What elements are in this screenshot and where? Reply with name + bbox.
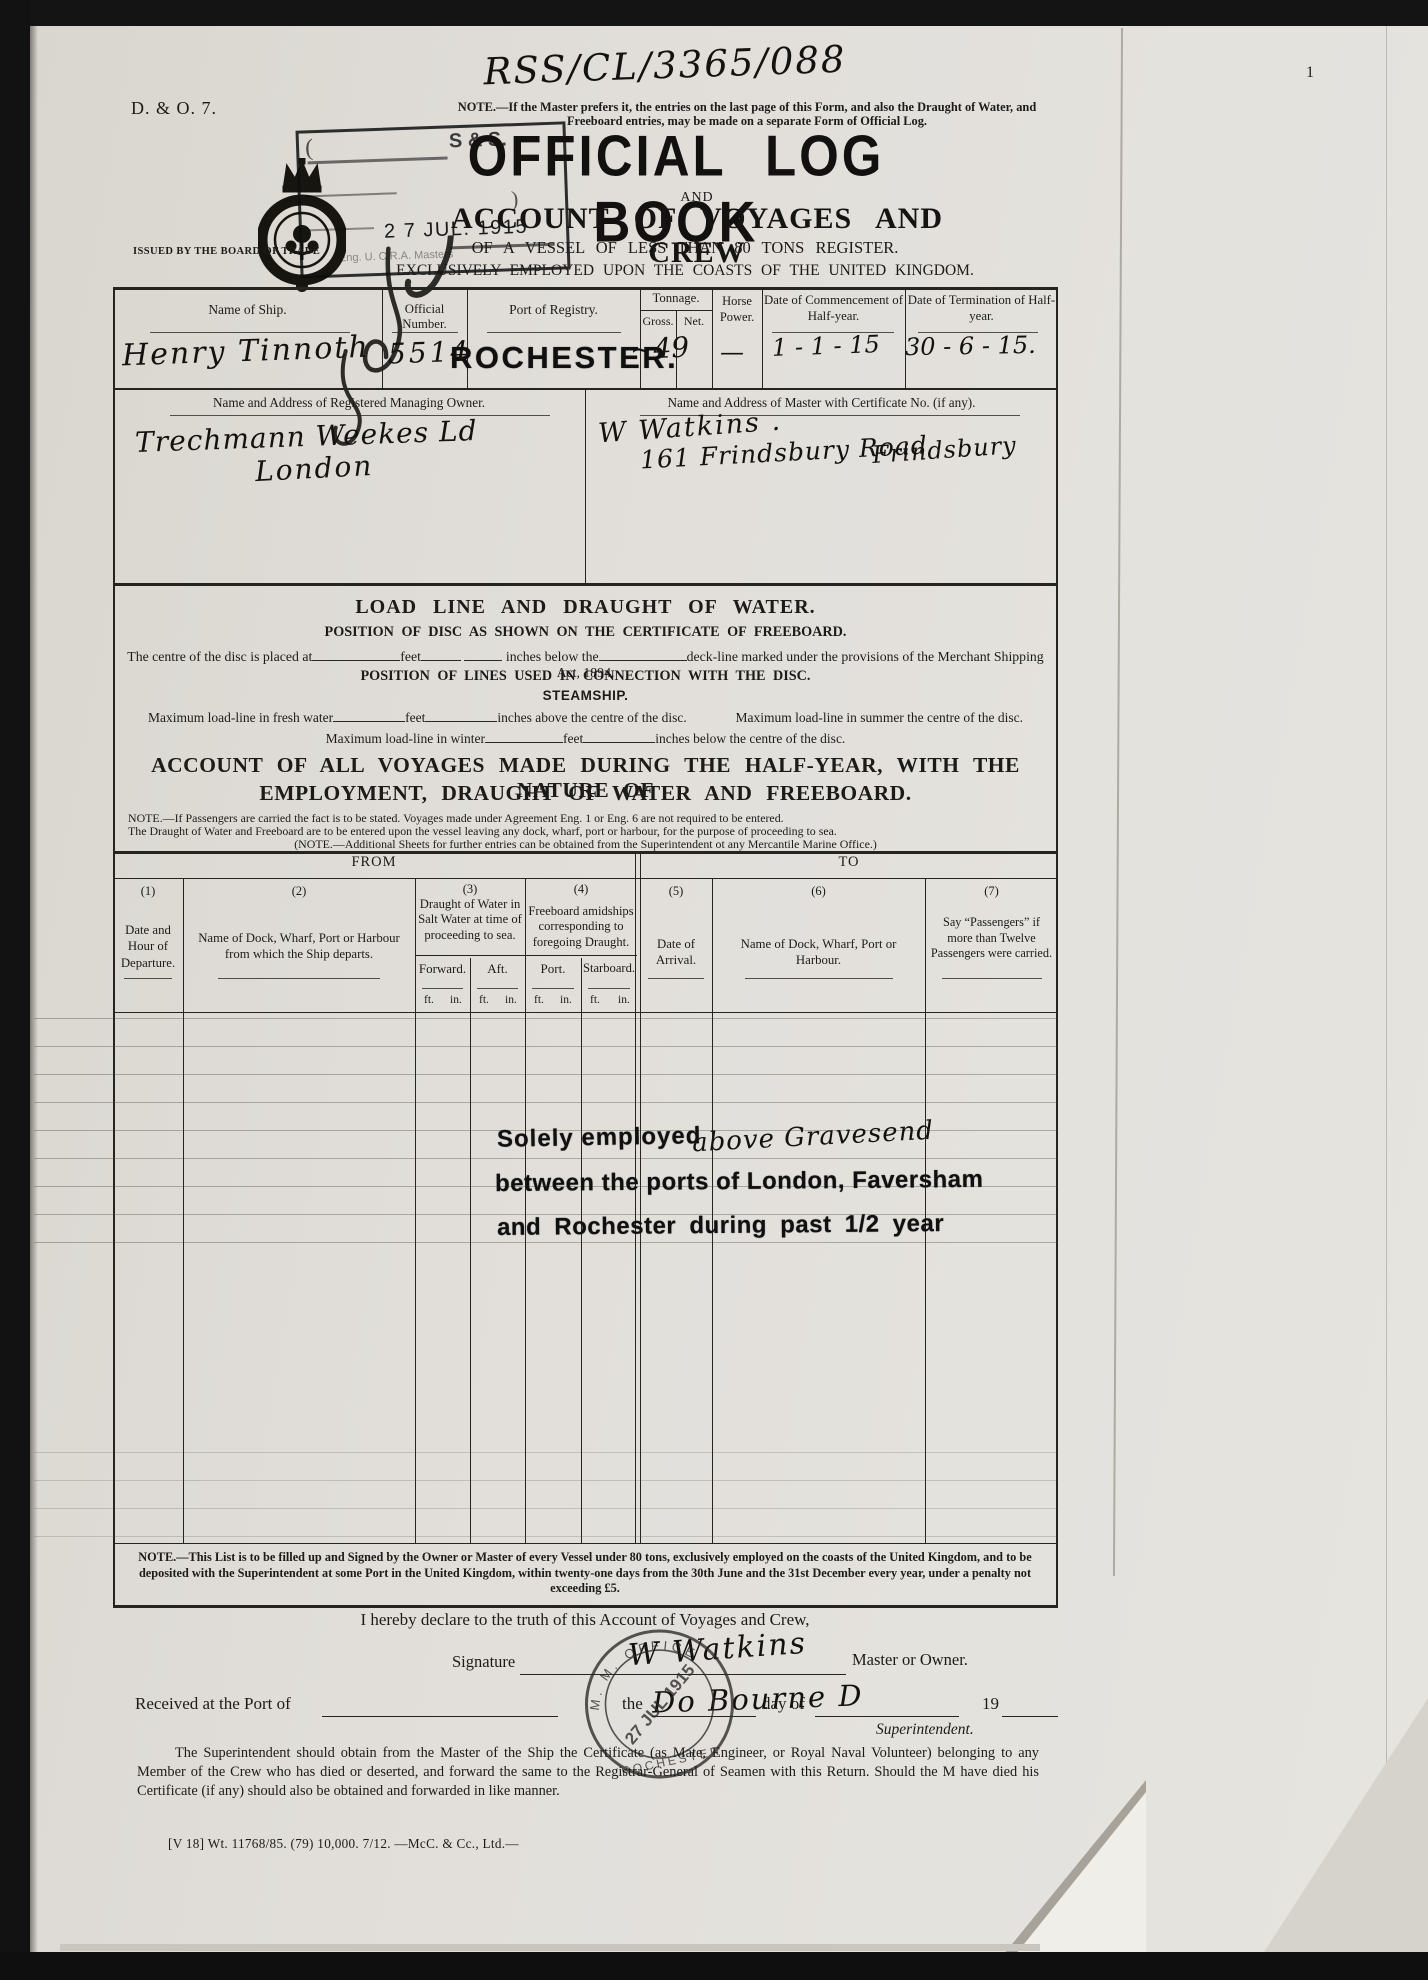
steamship-label: STEAMSHIP.: [133, 688, 1038, 703]
account-note3: (NOTE.—Additional Sheets for further ent…: [128, 837, 1043, 852]
scan-edge-bottom: [0, 1952, 1428, 1980]
unit-in-2: in.: [505, 994, 517, 1006]
port-underline: [322, 1716, 558, 1717]
unit-in-3: in.: [560, 994, 572, 1006]
unit-ft-2: ft.: [479, 994, 489, 1006]
col7-label: Say “Passengers” if more than Twelve Pas…: [930, 915, 1053, 962]
header-horse-power: Horse Power.: [712, 294, 762, 325]
deposit-note: NOTE.—This List is to be filled up and S…: [125, 1550, 1045, 1597]
col5-number: (5): [640, 884, 712, 899]
account-title-line2: EMPLOYMENT, DRAUGHT OF WATER AND FREEBOA…: [118, 781, 1053, 806]
issued-by: ISSUED BY THE BOARD OF TRADE: [133, 246, 320, 257]
form-code: D. & O. 7.: [131, 98, 217, 119]
employment-stamp-line3: and Rochester during past 1/2 year: [497, 1210, 944, 1242]
col1-label: Date and Hour of Departure.: [115, 922, 181, 971]
scanned-document-page: RSS/CL/3365/088 1 D. & O. 7. NOTE.—If th…: [0, 0, 1428, 1980]
unit-ft-3: ft.: [534, 994, 544, 1006]
tonnage-handwriting: ~49: [629, 330, 690, 366]
owner-label: Name and Address of Registered Managing …: [113, 395, 585, 411]
signature-label: Signature: [452, 1652, 515, 1672]
right-edge-line: [1386, 26, 1387, 1952]
bottom-page-edge-sliver: [60, 1944, 1040, 1951]
winter-line: Maximum load-line in winterfeetinches be…: [123, 729, 1048, 747]
col2-label: Name of Dock, Wharf, Port or Harbour fro…: [196, 930, 402, 963]
header-official-number: Official Number.: [382, 302, 467, 332]
col1-number: (1): [113, 884, 183, 899]
year-underline: [1002, 1716, 1058, 1717]
unit-ft-1: ft.: [424, 994, 434, 1006]
page-number: 1: [1306, 64, 1314, 82]
master-label: Name and Address of Master with Certific…: [585, 395, 1058, 411]
scan-edge-left: [0, 0, 30, 1980]
superintendent-instructions: The Superintendent should obtain from th…: [137, 1744, 1039, 1801]
owner-address-handwriting: London: [254, 449, 374, 488]
date-commencement-handwriting: 1 - 1 - 15: [772, 330, 881, 362]
col7-number: (7): [925, 884, 1058, 899]
scan-edge-top: [0, 0, 1428, 26]
unit-in-1: in.: [450, 994, 462, 1006]
year-label: 19: [982, 1694, 999, 1714]
header-port-of-registry: Port of Registry.: [467, 302, 640, 318]
employment-stamp-line2: between the ports of London, Faversham: [495, 1166, 984, 1198]
month-underline: [815, 1716, 959, 1717]
col3-label: Draught of Water in Salt Water at time o…: [418, 897, 522, 943]
superintendent-label: Superintendent.: [876, 1721, 974, 1739]
subtitle-vessel: OF A VESSEL OF LESS THAN 80 TONS REGISTE…: [335, 238, 1035, 258]
unit-ft-4: ft.: [590, 994, 600, 1006]
horse-power-handwriting: —: [720, 338, 744, 366]
col3-sub-forward: Forward.: [415, 961, 470, 977]
header-gross: Gross.: [640, 314, 676, 329]
unit-in-4: in.: [618, 994, 630, 1006]
top-note-line1: NOTE.—If the Master prefers it, the entr…: [417, 100, 1077, 115]
subtitle-account: ACCOUNT OF VOYAGES AND CREW: [397, 202, 997, 270]
position-disc-line: POSITION OF DISC AS SHOWN ON THE CERTIFI…: [133, 624, 1038, 641]
fresh-water-line: Maximum load-line in fresh waterfeetinch…: [123, 708, 1048, 726]
position-lines-line: POSITION OF LINES USED IN CONNECTION WIT…: [133, 668, 1038, 685]
header-date-termination: Date of Termination of Half-year.: [905, 293, 1058, 325]
paper-left-edge-shadow: [30, 26, 38, 1952]
subtitle-coasts: EXCLUSIVELY EMPLOYED UPON THE COASTS OF …: [335, 262, 1035, 280]
printer-imprint: [V 18] Wt. 11768/85. (79) 10,000. 7/12. …: [168, 1836, 519, 1852]
col4-label: Freeboard amidships corresponding to for…: [528, 904, 634, 950]
col4-number: (4): [525, 882, 637, 897]
col5-label: Date of Arrival.: [646, 936, 706, 969]
col6-number: (6): [712, 884, 925, 899]
col3-number: (3): [415, 882, 525, 897]
to-label: TO: [640, 854, 1058, 871]
svg-text:27 JUL 1915: 27 JUL 1915: [621, 1661, 699, 1748]
col3-sub-aft: Aft.: [470, 961, 525, 977]
col2-number: (2): [183, 884, 415, 899]
col4-sub-starboard: Starboard.: [581, 961, 637, 976]
received-at-port-label: Received at the Port of: [135, 1694, 291, 1714]
load-line-title: LOAD LINE AND DRAUGHT OF WATER.: [133, 596, 1038, 619]
col6-label: Name of Dock, Wharf, Port or Harbour.: [730, 936, 907, 969]
col4-sub-port: Port.: [525, 961, 581, 977]
header-net: Net.: [676, 314, 712, 329]
stamp-bracket-open: (: [305, 135, 314, 162]
master-or-owner-label: Master or Owner.: [852, 1650, 968, 1670]
header-name-of-ship: Name of Ship.: [113, 302, 382, 318]
header-tonnage: Tonnage.: [640, 291, 712, 306]
from-label: FROM: [113, 854, 635, 871]
date-termination-handwriting: 30 - 6 - 15.: [905, 331, 1036, 361]
employment-stamp-line1: Solely employed: [497, 1122, 702, 1154]
header-date-commencement: Date of Commencement of Half-year.: [762, 293, 905, 325]
